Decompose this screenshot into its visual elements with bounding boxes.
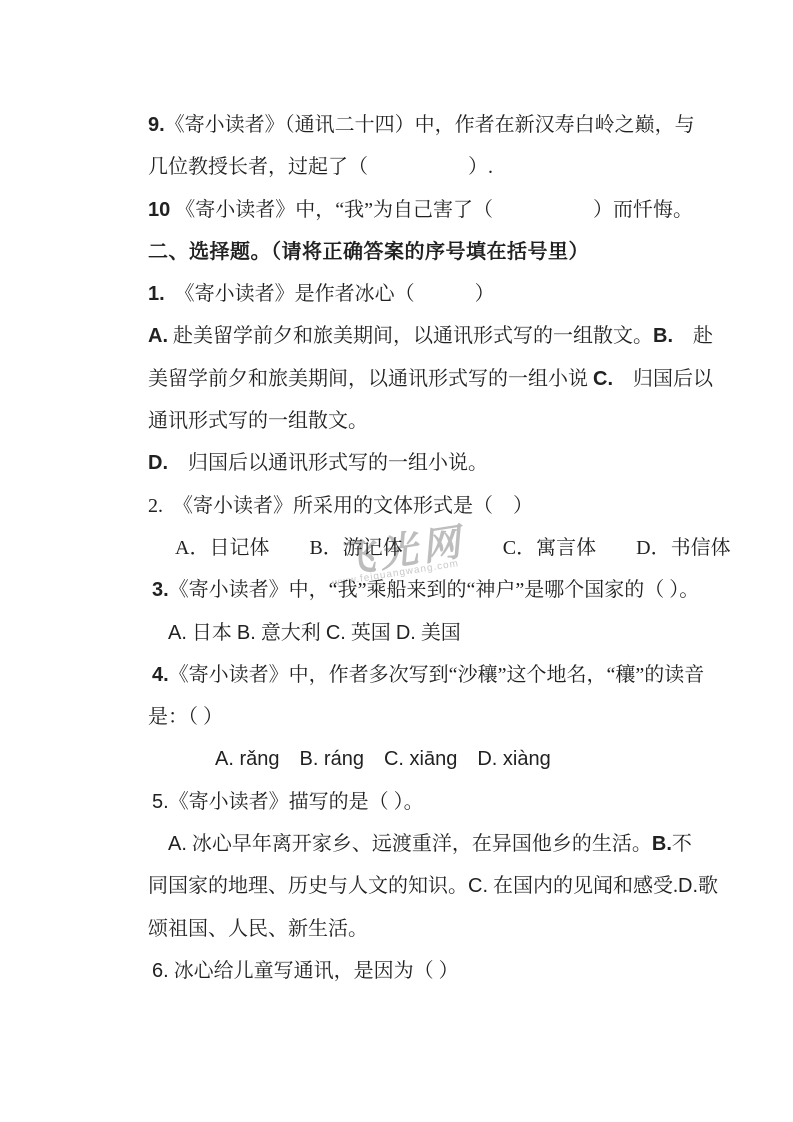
text-line: A. 赴美留学前夕和旅美期间，以通讯形式写的一组散文。B. 赴 (148, 315, 793, 357)
text-segment: 同国家的地理、历史与人文的知识。 (148, 875, 468, 897)
text-line: A. rǎng B. ráng C. xiāng D. xiàng (148, 738, 793, 780)
text-segment: C. (326, 622, 346, 644)
text-segment: 10 (148, 199, 170, 221)
text-segment: 3. (152, 579, 169, 601)
text-segment: 通讯形式写的一组散文。 (148, 410, 368, 432)
text-segment: 不 (672, 833, 692, 855)
text-segment: 5. (152, 791, 169, 813)
text-segment: A．日记体 B．游记体 C．寓言体 D．书信体 (175, 537, 731, 559)
text-segment: C. (468, 875, 488, 897)
text-segment: A. (168, 833, 187, 855)
text-segment: 《寄小读者》中，“我”乘船来到的“神户”是哪个国家的（ ）。 (169, 579, 700, 601)
text-line: 2. 《寄小读者》所采用的文体形式是（ ） (148, 485, 793, 527)
text-segment: 在国内的见闻和感受. (488, 875, 678, 897)
text-line: 4.《寄小读者》中，作者多次写到“沙穰”这个地名，“穰”的读音 (148, 654, 793, 696)
text-line: A．日记体 B．游记体 C．寓言体 D．书信体 (148, 527, 793, 569)
text-segment: 归国后以通讯形式写的一组小说。 (168, 452, 488, 474)
text-line: 同国家的地理、历史与人文的知识。C. 在国内的见闻和感受.D.歌 (148, 865, 793, 907)
text-segment: 《寄小读者》描写的是（ ）。 (169, 791, 424, 813)
text-line: 5.《寄小读者》描写的是（ ）。 (148, 781, 793, 823)
text-segment: 几位教授长者，过起了（ ）. (148, 156, 493, 178)
text-segment: B. (237, 622, 256, 644)
text-segment: 6. (152, 960, 169, 982)
text-line: 3.《寄小读者》中，“我”乘船来到的“神户”是哪个国家的（ ）。 (148, 569, 793, 611)
text-segment: 意大利 (256, 622, 326, 644)
text-line: 1. 《寄小读者》是作者冰心（ ） (148, 273, 793, 315)
text-segment: B. (653, 325, 673, 347)
text-line: A. 冰心早年离开家乡、远渡重洋，在异国他乡的生活。B.不 (148, 823, 793, 865)
text-segment: A. (148, 325, 168, 347)
text-segment: 美留学前夕和旅美期间，以通讯形式写的一组小说 (148, 368, 593, 390)
text-segment: B. (652, 833, 672, 855)
text-line: 几位教授长者，过起了（ ）. (148, 146, 793, 188)
text-line: 6. 冰心给儿童写通讯，是因为（ ） (148, 950, 793, 992)
text-segment: 是：（ ） (148, 706, 223, 728)
text-segment: D. (148, 452, 168, 474)
text-segment: 二、选择题。（请将正确答案的序号填在括号里） (148, 241, 589, 263)
text-segment: D. (396, 622, 416, 644)
document-page: 飞光网 www.feiguangwang.com 9.《寄小读者》（通讯二十四）… (0, 0, 793, 1122)
text-segment: 《寄小读者》中，“我”为自己害了（ ）而忏悔。 (170, 199, 693, 221)
text-line: 颂祖国、人民、新生活。 (148, 908, 793, 950)
text-segment: D. (678, 875, 698, 897)
text-line: 二、选择题。（请将正确答案的序号填在括号里） (148, 231, 793, 273)
text-segment: 冰心给儿童写通讯，是因为（ ） (169, 960, 459, 982)
text-segment: 日本 (187, 622, 237, 644)
text-segment: A. rǎng B. ráng C. xiāng D. xiàng (215, 748, 551, 770)
text-segment: 颂祖国、人民、新生活。 (148, 918, 368, 940)
text-segment: 9. (148, 114, 165, 136)
text-segment: 赴美留学前夕和旅美期间，以通讯形式写的一组散文。 (168, 325, 653, 347)
text-line: D. 归国后以通讯形式写的一组小说。 (148, 442, 793, 484)
text-line: 通讯形式写的一组散文。 (148, 400, 793, 442)
text-segment: 赴 (673, 325, 713, 347)
text-segment: 《寄小读者》（通讯二十四）中，作者在新汉寿白岭之巅，与 (165, 114, 695, 136)
text-segment: 1. (148, 283, 165, 305)
text-segment: 美国 (416, 622, 461, 644)
text-segment: 归国后以 (613, 368, 713, 390)
text-line: 10 《寄小读者》中，“我”为自己害了（ ）而忏悔。 (148, 189, 793, 231)
text-segment: 英国 (346, 622, 396, 644)
text-line: 9.《寄小读者》（通讯二十四）中，作者在新汉寿白岭之巅，与 (148, 104, 793, 146)
text-line: A. 日本 B. 意大利 C. 英国 D. 美国 (148, 612, 793, 654)
text-line: 是：（ ） (148, 696, 793, 738)
text-segment: 歌 (698, 875, 718, 897)
text-segment: A. (168, 622, 187, 644)
text-segment: 《寄小读者》中，作者多次写到“沙穰”这个地名，“穰”的读音 (169, 664, 705, 686)
text-segment: 2. 《寄小读者》所采用的文体形式是（ ） (148, 495, 533, 517)
text-segment: C. (593, 368, 613, 390)
text-segment: 4. (152, 664, 169, 686)
document-content: 9.《寄小读者》（通讯二十四）中，作者在新汉寿白岭之巅，与几位教授长者，过起了（… (148, 104, 793, 992)
text-line: 美留学前夕和旅美期间，以通讯形式写的一组小说 C. 归国后以 (148, 358, 793, 400)
text-segment: 冰心早年离开家乡、远渡重洋，在异国他乡的生活。 (187, 833, 652, 855)
text-segment: 《寄小读者》是作者冰心（ ） (165, 283, 495, 305)
